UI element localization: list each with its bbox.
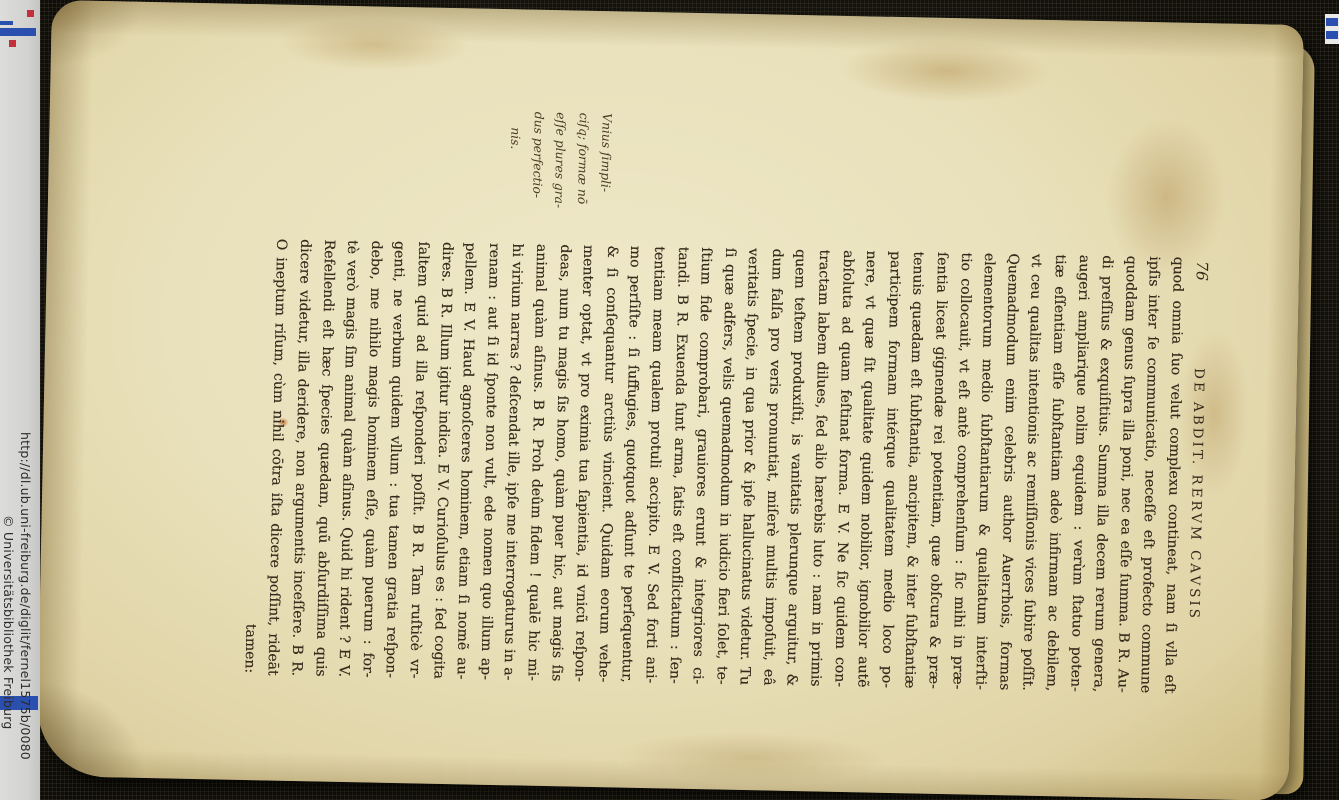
text-line: Vnius ſimpli- bbox=[593, 113, 618, 231]
text-line: eſſe plures gra- bbox=[547, 112, 572, 230]
registration-mark-blue-icon bbox=[1326, 31, 1338, 39]
text-line: nis. bbox=[502, 111, 527, 229]
registration-mark-blue-icon bbox=[0, 21, 13, 25]
page-number-label: 76 bbox=[1188, 257, 1215, 330]
registration-mark-red-icon bbox=[27, 10, 34, 17]
foxing-stain bbox=[616, 729, 887, 786]
registration-mark-red-icon bbox=[9, 40, 16, 47]
text-line: dus perfectio- bbox=[524, 112, 549, 230]
source-url-text: http://dl.ub.uni-freiburg.de/diglit/fern… bbox=[18, 432, 33, 760]
body-text: quod omnia ſuo velut complexu contineat,… bbox=[260, 238, 1189, 693]
scan-viewport: 76 DE ABDIT. RERVM CAVSIS quod omnia ſuo… bbox=[0, 0, 1339, 800]
registration-mark-blue-icon bbox=[0, 28, 36, 36]
text-line: ciſq; formæ nō bbox=[570, 112, 595, 230]
copyright-text: © Universitätsbibliothek Freiburg bbox=[1, 515, 16, 730]
foxing-stain bbox=[279, 17, 470, 73]
page-text-block: 76 DE ABDIT. RERVM CAVSIS quod omnia ſuo… bbox=[237, 238, 1215, 694]
margin-note: Vnius ſimpli-ciſq; formæ nōeſſe plures g… bbox=[502, 111, 618, 231]
foxing-stain bbox=[1105, 116, 1228, 278]
registration-mark-blue-icon bbox=[1326, 18, 1338, 26]
book-page: 76 DE ABDIT. RERVM CAVSIS quod omnia ſuo… bbox=[36, 0, 1303, 800]
registration-mark-corner-icon bbox=[1325, 14, 1339, 44]
calibration-strip: http://dl.ub.uni-freiburg.de/diglit/fern… bbox=[0, 0, 40, 800]
foxing-stain bbox=[840, 38, 1051, 104]
